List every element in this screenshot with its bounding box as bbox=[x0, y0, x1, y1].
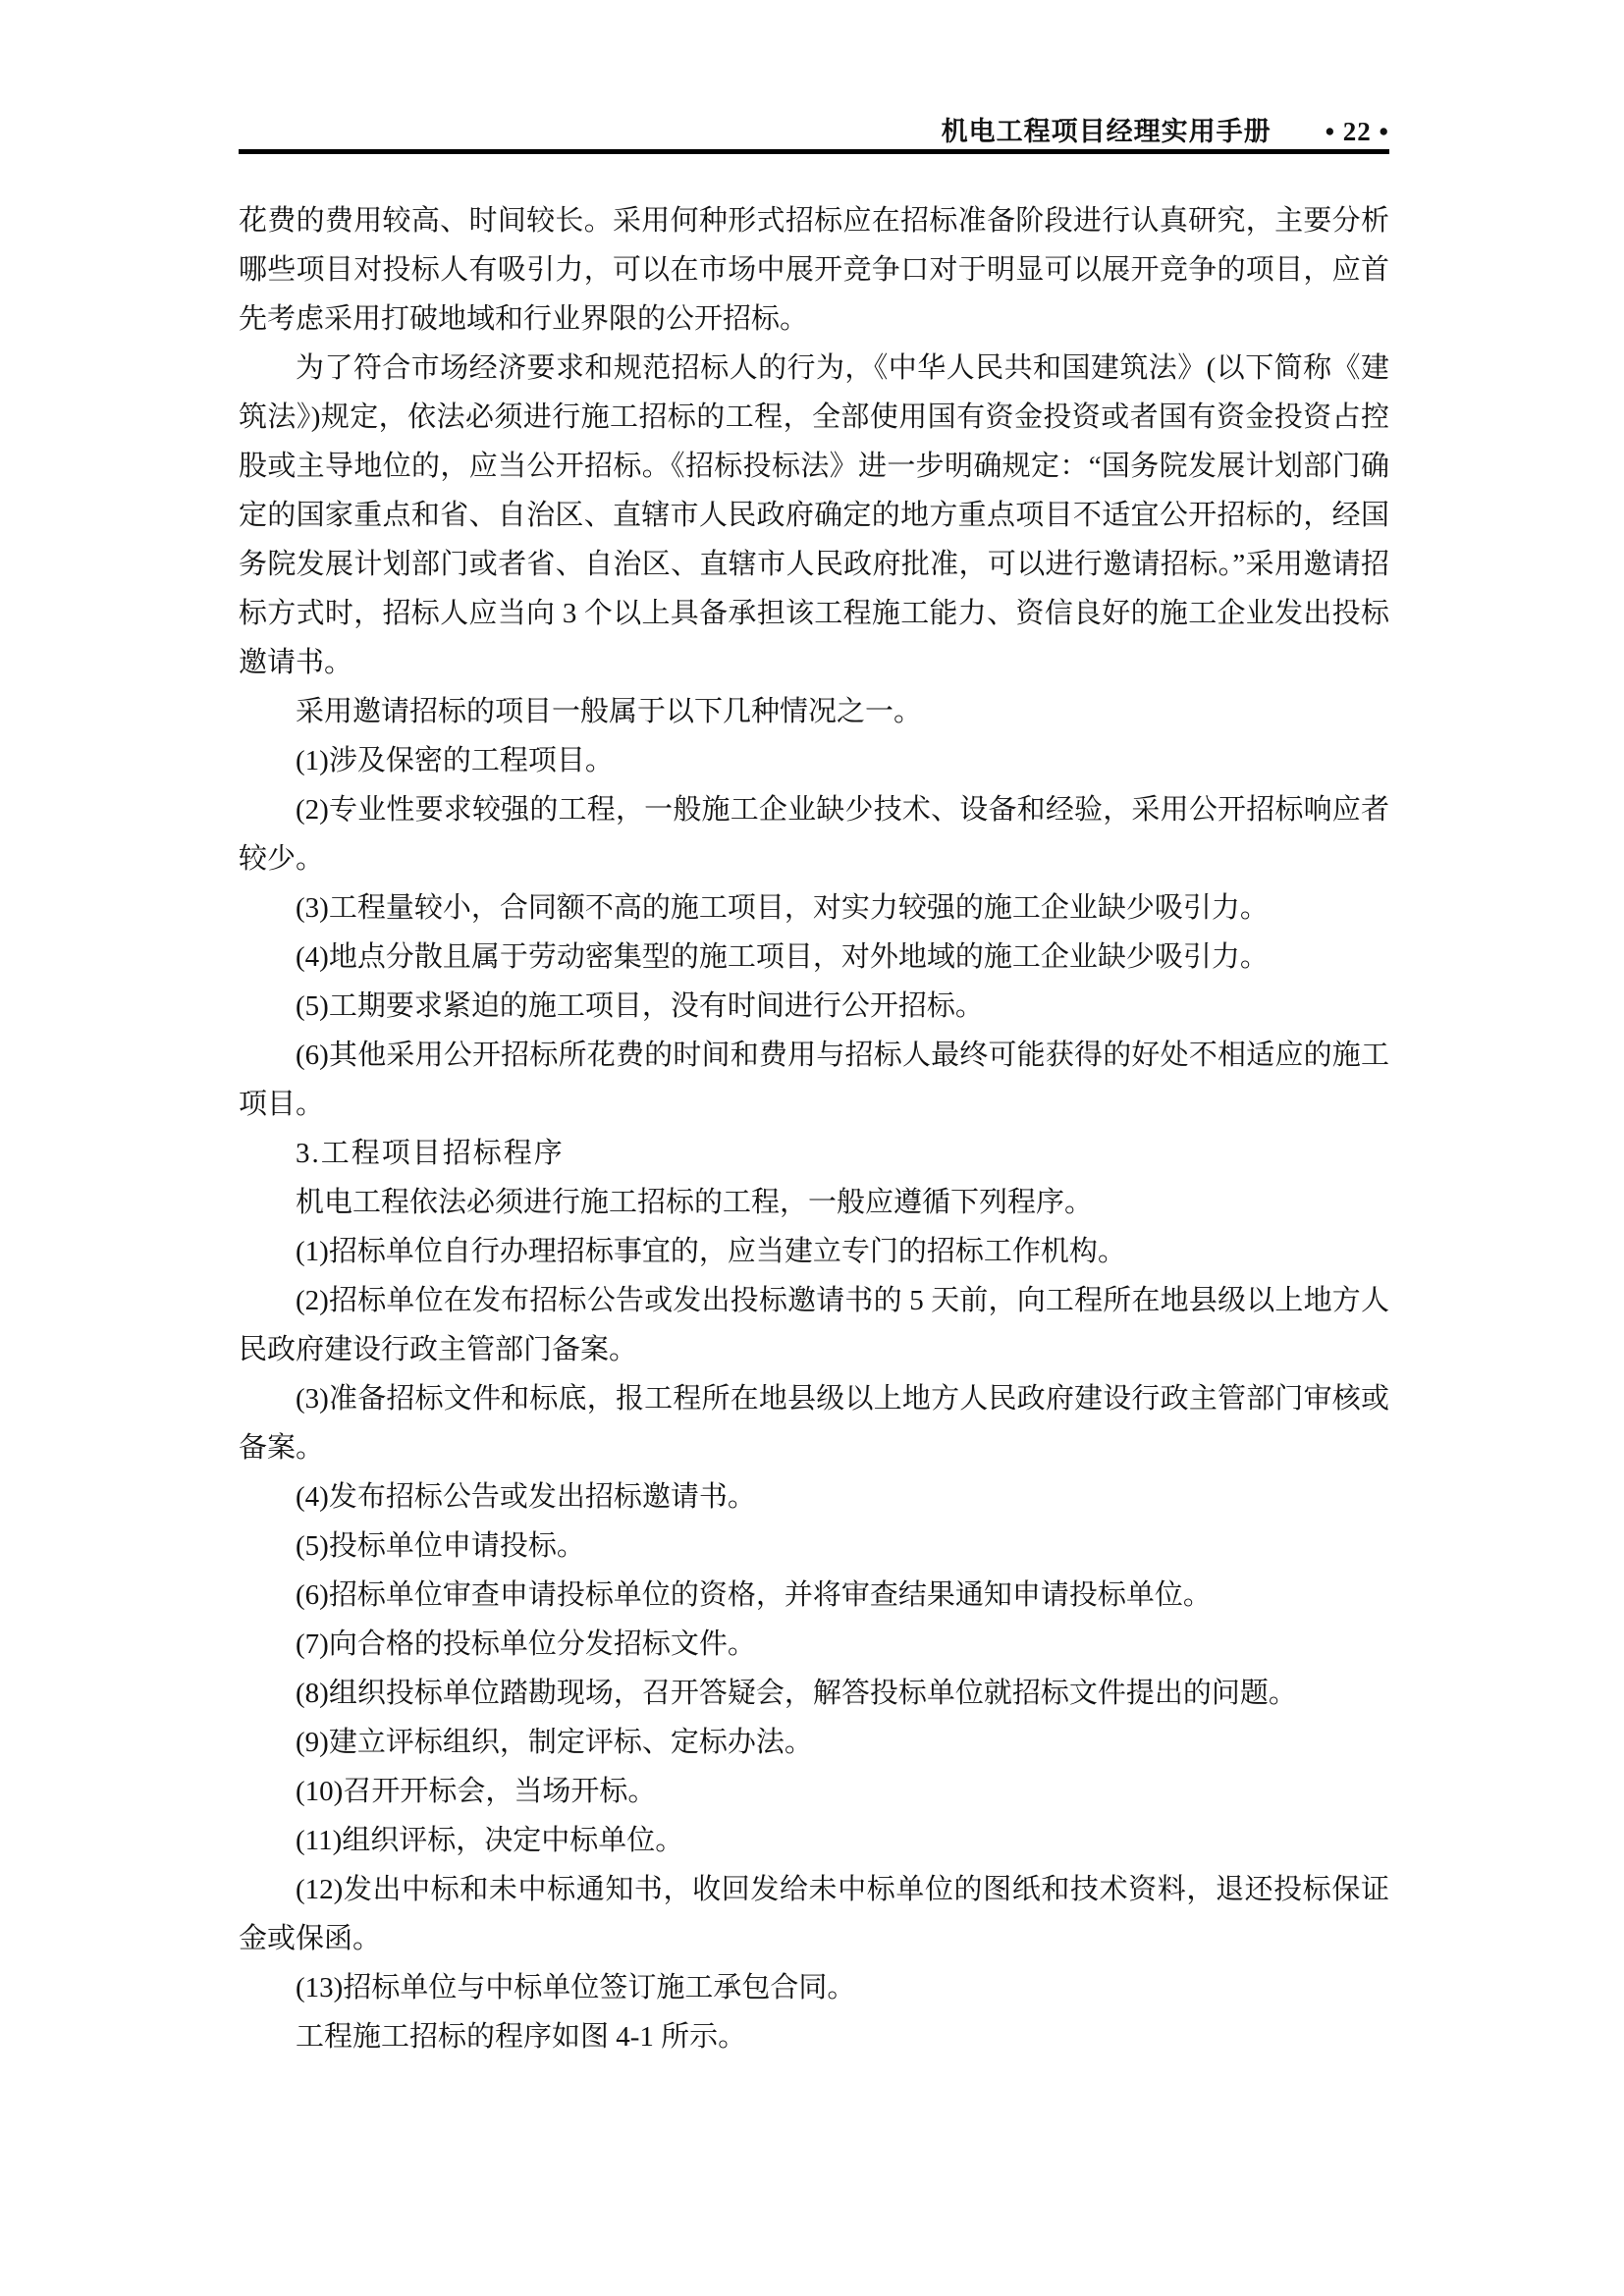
document-page: 机电工程项目经理实用手册• 22 • 花费的费用较高、时间较长。采用何种形式招标… bbox=[0, 0, 1624, 2296]
body-text: 花费的费用较高、时间较长。采用何种形式招标应在招标准备阶段进行认真研究，主要分析… bbox=[239, 196, 1389, 2061]
paragraph: (13)招标单位与中标单位签订施工承包合同。 bbox=[239, 1963, 1389, 2012]
paragraph: (11)组织评标，决定中标单位。 bbox=[239, 1816, 1389, 1865]
paragraph: (7)向合格的投标单位分发招标文件。 bbox=[239, 1620, 1389, 1669]
paragraph: (6)其他采用公开招标所花费的时间和费用与招标人最终可能获得的好处不相适应的施工… bbox=[239, 1031, 1389, 1129]
paragraph: (10)召开开标会，当场开标。 bbox=[239, 1767, 1389, 1816]
paragraph: (5)投标单位申请投标。 bbox=[239, 1522, 1389, 1571]
paragraph: (2)专业性要求较强的工程，一般施工企业缺少技术、设备和经验，采用公开招标响应者… bbox=[239, 785, 1389, 883]
paragraph: 花费的费用较高、时间较长。采用何种形式招标应在招标准备阶段进行认真研究，主要分析… bbox=[239, 196, 1389, 344]
running-header: 机电工程项目经理实用手册• 22 • bbox=[239, 110, 1389, 148]
paragraph: (4)地点分散且属于劳动密集型的施工项目，对外地域的施工企业缺少吸引力。 bbox=[239, 933, 1389, 982]
paragraph: (12)发出中标和未中标通知书，收回发给未中标单位的图纸和技术资料，退还投标保证… bbox=[239, 1865, 1389, 1963]
paragraph: 为了符合市场经济要求和规范招标人的行为，《中华人民共和国建筑法》(以下简称《建筑… bbox=[239, 344, 1389, 687]
paragraph: 工程施工招标的程序如图 4-1 所示。 bbox=[239, 2012, 1389, 2061]
paragraph: 机电工程依法必须进行施工招标的工程，一般应遵循下列程序。 bbox=[239, 1178, 1389, 1227]
paragraph: (9)建立评标组织，制定评标、定标办法。 bbox=[239, 1718, 1389, 1767]
book-title: 机电工程项目经理实用手册 bbox=[942, 117, 1272, 146]
paragraph: (3)准备招标文件和标底，报工程所在地县级以上地方人民政府建设行政主管部门审核或… bbox=[239, 1374, 1389, 1472]
paragraph: (1)招标单位自行办理招标事宜的，应当建立专门的招标工作机构。 bbox=[239, 1227, 1389, 1276]
paragraph: 3.工程项目招标程序 bbox=[239, 1129, 1389, 1178]
paragraph: (5)工期要求紧迫的施工项目，没有时间进行公开招标。 bbox=[239, 982, 1389, 1031]
paragraph: (4)发布招标公告或发出招标邀请书。 bbox=[239, 1472, 1389, 1522]
paragraph: (2)招标单位在发布招标公告或发出投标邀请书的 5 天前，向工程所在地县级以上地… bbox=[239, 1276, 1389, 1374]
paragraph: (1)涉及保密的工程项目。 bbox=[239, 736, 1389, 785]
page-number-marker: • 22 • bbox=[1326, 117, 1389, 146]
paragraph: (6)招标单位审查申请投标单位的资格，并将审查结果通知申请投标单位。 bbox=[239, 1571, 1389, 1620]
paragraph: (3)工程量较小，合同额不高的施工项目，对实力较强的施工企业缺少吸引力。 bbox=[239, 883, 1389, 933]
paragraph: (8)组织投标单位踏勘现场，召开答疑会，解答投标单位就招标文件提出的问题。 bbox=[239, 1669, 1389, 1718]
paragraph: 采用邀请招标的项目一般属于以下几种情况之一。 bbox=[239, 687, 1389, 736]
header-rule bbox=[239, 149, 1389, 154]
